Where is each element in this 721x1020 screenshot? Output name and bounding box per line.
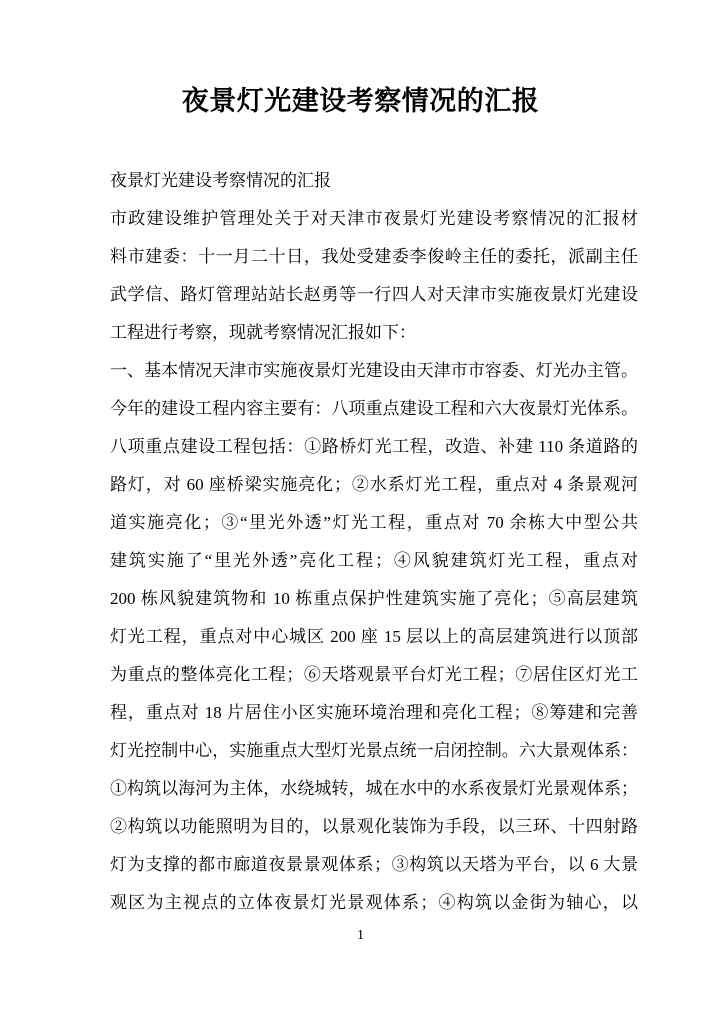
- body-text-line: 工程进行考察，现就考察情况汇报如下：: [110, 314, 638, 352]
- body-text-line: 武学信、路灯管理站站长赵勇等一行四人对天津市实施夜景灯光建设: [110, 276, 638, 314]
- body-text-line: ①构筑以海河为主体，水绕城转，城在水中的水系夜景灯光景观体系；: [110, 770, 638, 808]
- document-body: 夜景灯光建设考察情况的汇报 市政建设维护管理处关于对天津市夜景灯光建设考察情况的…: [110, 162, 638, 922]
- body-text-line: 路灯，对 60 座桥梁实施亮化；②水系灯光工程，重点对 4 条景观河: [110, 466, 638, 504]
- body-text-line: 灯光工程，重点对中心城区 200 座 15 层以上的高层建筑进行以顶部: [110, 618, 638, 656]
- page-number: 1: [0, 927, 721, 945]
- body-text-line: 今年的建设工程内容主要有：八项重点建设工程和六大夜景灯光体系。: [110, 390, 638, 428]
- body-text-line: 料市建委：十一月二十日，我处受建委李俊岭主任的委托，派副主任: [110, 238, 638, 276]
- body-text-line: 为重点的整体亮化工程；⑥天塔观景平台灯光工程；⑦居住区灯光工: [110, 656, 638, 694]
- body-text-line: 灯光控制中心，实施重点大型灯光景点统一启闭控制。六大景观体系：: [110, 732, 638, 770]
- body-text-line: 观区为主视点的立体夜景灯光景观体系；④构筑以金街为轴心，以: [110, 884, 638, 922]
- document-page: 夜景灯光建设考察情况的汇报 夜景灯光建设考察情况的汇报 市政建设维护管理处关于对…: [0, 0, 721, 1020]
- body-text-line: 灯为支撑的都市廊道夜景景观体系；③构筑以天塔为平台，以 6 大景: [110, 846, 638, 884]
- body-text-line: 夜景灯光建设考察情况的汇报: [110, 162, 638, 200]
- body-text-line: 程，重点对 18 片居住小区实施环境治理和亮化工程；⑧筹建和完善: [110, 694, 638, 732]
- document-title: 夜景灯光建设考察情况的汇报: [0, 84, 721, 118]
- body-text-line: ②构筑以功能照明为目的，以景观化装饰为手段，以三环、十四射路: [110, 808, 638, 846]
- body-text-line: 建筑实施了“里光外透”亮化工程；④风貌建筑灯光工程，重点对: [110, 542, 638, 580]
- body-text-line: 市政建设维护管理处关于对天津市夜景灯光建设考察情况的汇报材: [110, 200, 638, 238]
- body-text-line: 道实施亮化；③“里光外透”灯光工程，重点对 70 余栋大中型公共: [110, 504, 638, 542]
- body-text-line: 一、基本情况天津市实施夜景灯光建设由天津市市容委、灯光办主管。: [110, 352, 638, 390]
- body-text-line: 八项重点建设工程包括：①路桥灯光工程，改造、补建 110 条道路的: [110, 428, 638, 466]
- body-text-line: 200 栋风貌建筑物和 10 栋重点保护性建筑实施了亮化；⑤高层建筑: [110, 580, 638, 618]
